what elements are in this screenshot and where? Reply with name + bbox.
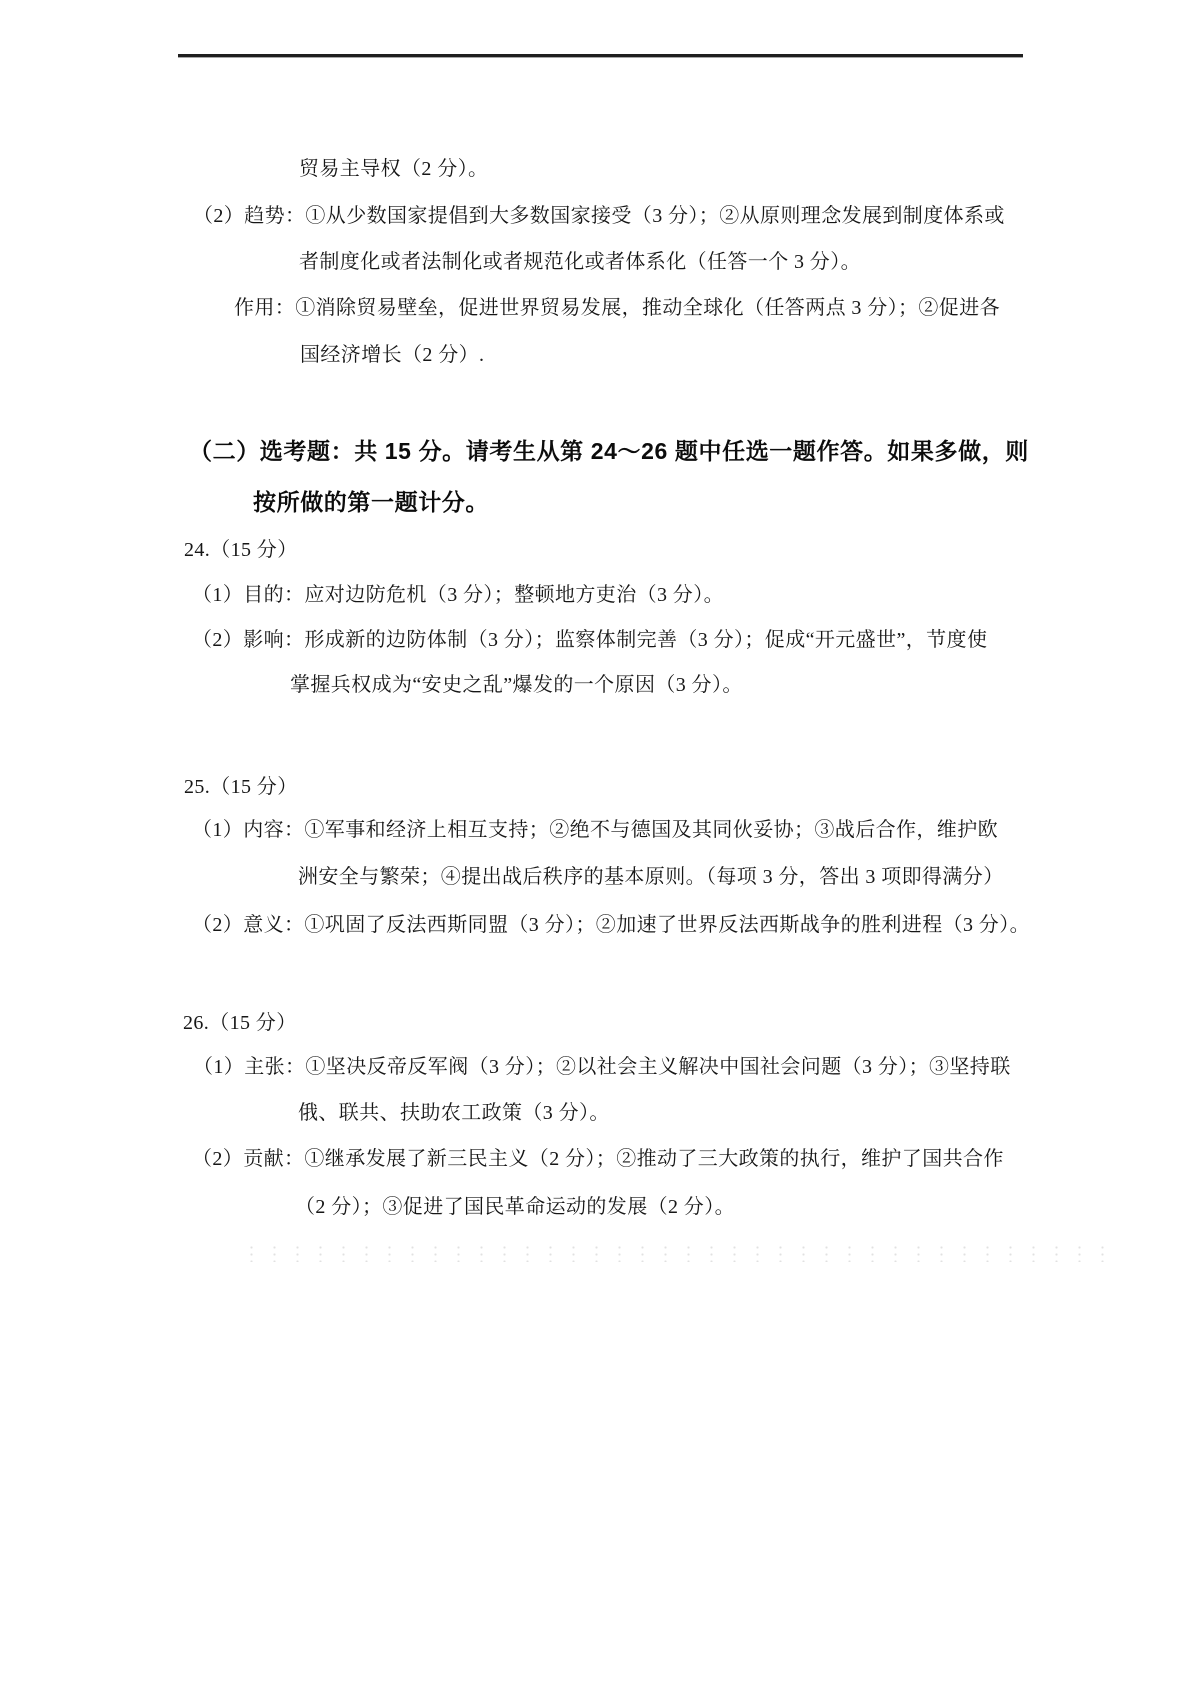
question26-number: 26.（15 分）	[183, 1011, 297, 1035]
scan-noise-band	[240, 1244, 1110, 1262]
answer22-trend-line2: 者制度化或者法制化或者规范化或者体系化（任答一个 3 分）。	[299, 250, 861, 274]
question24-number: 24.（15 分）	[184, 538, 298, 562]
question25-part1-line1: （1）内容：①军事和经济上相互支持；②绝不与德国及其同伙妥协；③战后合作，维护欧	[192, 818, 998, 842]
page-top-rule	[178, 54, 1023, 57]
answer22-carryover-line: 贸易主导权（2 分）。	[299, 157, 488, 181]
question24-part2-line1: （2）影响：形成新的边防体制（3 分）；监察体制完善（3 分）；促成“开元盛世”…	[192, 628, 987, 652]
document-page: 贸易主导权（2 分）。 （2）趋势：①从少数国家提倡到大多数国家接受（3 分）；…	[0, 0, 1200, 1698]
question26-part2-line2: （2 分）；③促进了国民革命运动的发展（2 分）。	[295, 1195, 735, 1219]
question26-part1-line2: 俄、联共、扶助农工政策（3 分）。	[298, 1101, 610, 1125]
question26-part2-line1: （2）贡献：①继承发展了新三民主义（2 分）；②推动了三大政策的执行，维护了国共…	[192, 1147, 1004, 1171]
question25-part1-line2: 洲安全与繁荣；④提出战后秩序的基本原则。（每项 3 分，答出 3 项即得满分）	[298, 865, 1004, 889]
section-heading-line2: 按所做的第一题计分。	[253, 488, 489, 516]
question24-part2-line2: 掌握兵权成为“安史之乱”爆发的一个原因（3 分）。	[290, 673, 743, 697]
question25-part2: （2）意义：①巩固了反法西斯同盟（3 分）；②加速了世界反法西斯战争的胜利进程（…	[192, 913, 1030, 937]
question24-part1: （1）目的：应对边防危机（3 分）；整顿地方吏治（3 分）。	[192, 583, 724, 607]
answer22-role-line2: 国经济增长（2 分）.	[300, 343, 484, 367]
section-heading-line1: （二）选考题：共 15 分。请考生从第 24～26 题中任选一题作答。如果多做，…	[189, 437, 1029, 465]
question25-number: 25.（15 分）	[184, 775, 298, 799]
answer22-role-line1: 作用：①消除贸易壁垒，促进世界贸易发展，推动全球化（任答两点 3 分）；②促进各	[234, 296, 1000, 320]
answer22-trend-line1: （2）趋势：①从少数国家提倡到大多数国家接受（3 分）；②从原则理念发展到制度体…	[193, 204, 1005, 228]
question26-part1-line1: （1）主张：①坚决反帝反军阀（3 分）；②以社会主义解决中国社会问题（3 分）；…	[193, 1055, 1011, 1079]
